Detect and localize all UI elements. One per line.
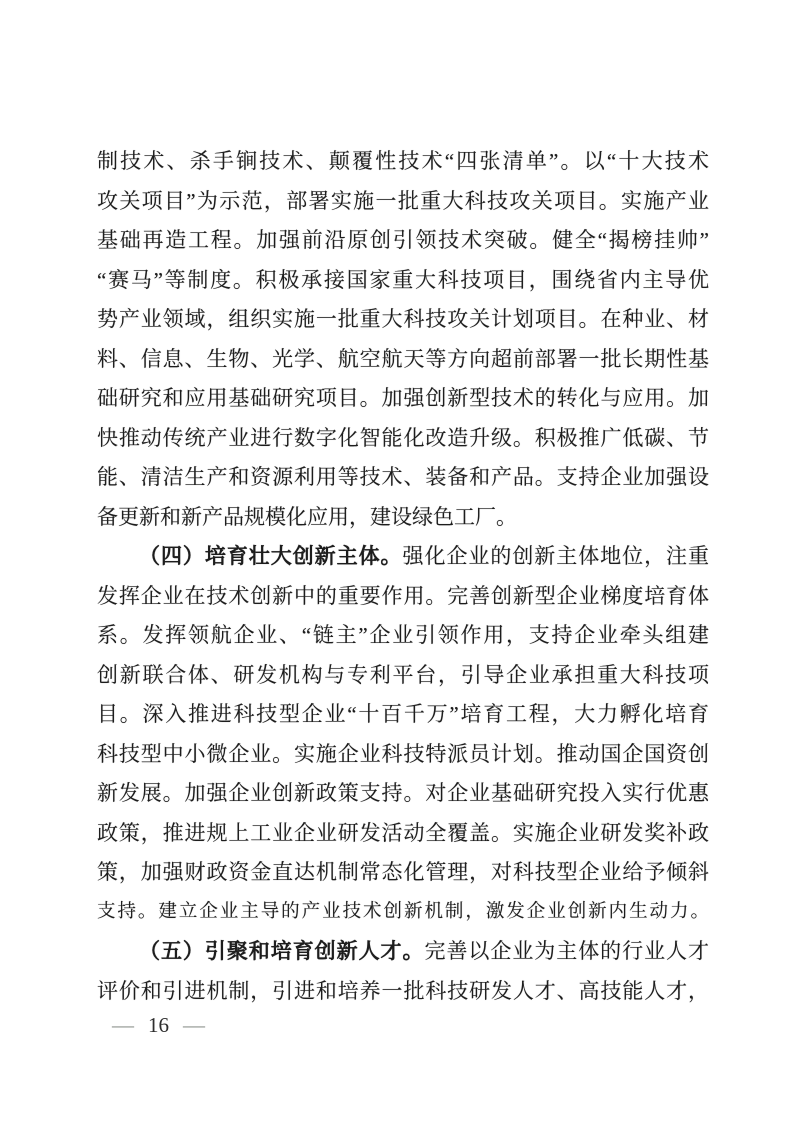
document-text-block: 制技术、杀手锏技术、颠覆性技术“四张清单”。以“十大技术 攻关项目”为示范，部署… <box>97 142 709 1011</box>
section-4-body-start: 强化企业的创新主体地位，注重 <box>403 544 709 568</box>
page-number: 16 <box>148 1013 169 1038</box>
section-4-heading: （四）培育壮大创新主体。 <box>139 544 403 568</box>
document-line: 制技术、杀手锏技术、颠覆性技术“四张清单”。以“十大技术 <box>97 142 709 182</box>
document-line: 系。发挥领航企业、“链主”企业引领作用，支持企业牵头组建 <box>97 616 709 656</box>
document-line: 料、信息、生物、光学、航空航天等方向超前部署一批长期性基 <box>97 340 709 380</box>
document-line: “赛马”等制度。积极承接国家重大科技项目，围绕省内主导优 <box>97 261 709 301</box>
document-line: 发挥企业在技术创新中的重要作用。完善创新型企业梯度培育体 <box>97 577 709 617</box>
document-line: 基础再造工程。加强前沿原创引领技术突破。健全“揭榜挂帅” <box>97 221 709 261</box>
document-line: 快推动传统产业进行数字化智能化改造升级。积极推广低碳、节 <box>97 419 709 459</box>
page-number-dash-right: — <box>183 1012 205 1038</box>
document-line: 评价和引进机制，引进和培养一批科技研发人才、高技能人才， <box>97 972 709 1012</box>
document-page: 制技术、杀手锏技术、颠覆性技术“四张清单”。以“十大技术 攻关项目”为示范，部署… <box>0 0 790 1121</box>
document-line: 础研究和应用基础研究项目。加强创新型技术的转化与应用。加 <box>97 379 709 419</box>
document-line: 势产业领域，组织实施一批重大科技攻关计划项目。在种业、材 <box>97 300 709 340</box>
document-line: 攻关项目”为示范，部署实施一批重大科技攻关项目。实施产业 <box>97 182 709 222</box>
section-5-heading: （五）引聚和培育创新人才。 <box>139 939 424 963</box>
page-footer: — 16 — <box>112 1008 205 1042</box>
section-5-body-start: 完善以企业为主体的行业人才 <box>424 939 709 963</box>
document-line: 新发展。加强企业创新政策支持。对企业基础研究投入实行优惠 <box>97 774 709 814</box>
document-line: 科技型中小微企业。实施企业科技特派员计划。推动国企国资创 <box>97 735 709 775</box>
page-number-dash-left: — <box>112 1012 134 1038</box>
document-line: 目。深入推进科技型企业“十百千万”培育工程，大力孵化培育 <box>97 695 709 735</box>
document-line: 策，加强财政资金直达机制常态化管理，对科技型企业给予倾斜 <box>97 853 709 893</box>
document-line: 创新联合体、研发机构与专利平台，引导企业承担重大科技项 <box>97 656 709 696</box>
document-line: 能、清洁生产和资源利用等技术、装备和产品。支持企业加强设 <box>97 458 709 498</box>
document-line: 支持。建立企业主导的产业技术创新机制，激发企业创新内生动力。 <box>97 893 709 933</box>
document-line-section-4: （四）培育壮大创新主体。强化企业的创新主体地位，注重 <box>97 537 709 577</box>
document-line-section-5: （五）引聚和培育创新人才。完善以企业为主体的行业人才 <box>97 932 709 972</box>
document-line: 政策，推进规上工业企业研发活动全覆盖。实施企业研发奖补政 <box>97 814 709 854</box>
document-line: 备更新和新产品规模化应用，建设绿色工厂。 <box>97 498 709 538</box>
